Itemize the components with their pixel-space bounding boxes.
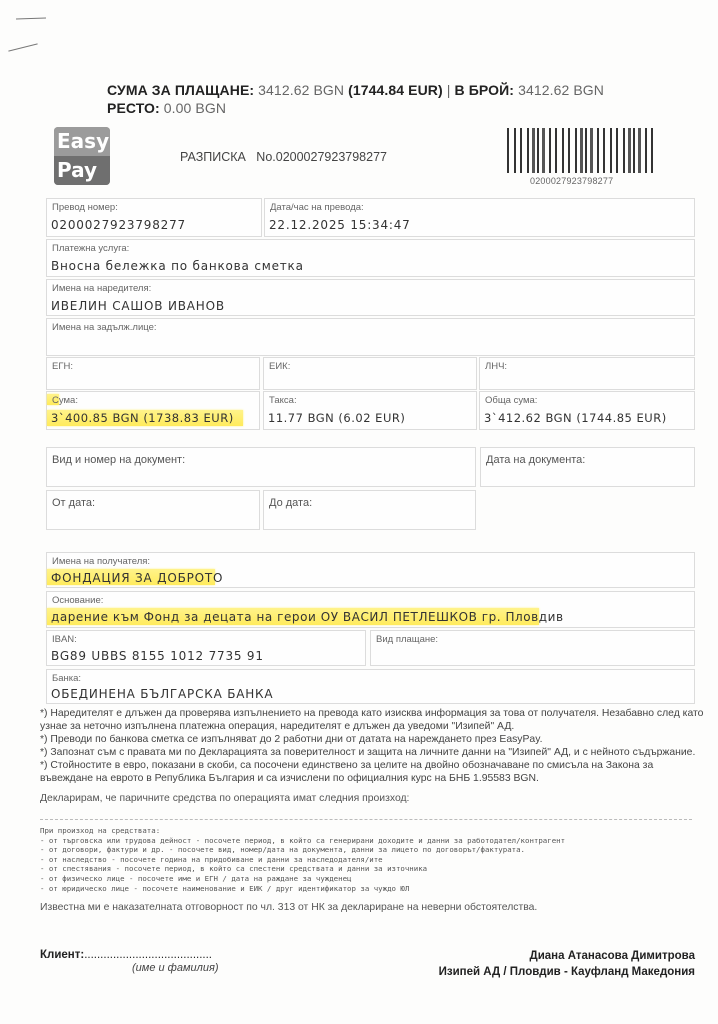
origin-title: При произход на средствата:: [40, 826, 565, 836]
receipt-label: РАЗПИСКА: [180, 150, 246, 164]
field-label: Такса:: [269, 395, 297, 406]
client-label: Клиент:: [40, 949, 84, 961]
receipt-number-value: No.0200027923798277: [256, 150, 387, 164]
field-label: Превод номер:: [52, 202, 118, 213]
field-iban: IBAN: BG89 UBBS 8155 1012 7735 91: [46, 630, 366, 666]
change-value: 0.00 BGN: [164, 100, 226, 116]
field-value: 3`400.85 BGN (1738.83 EUR): [51, 411, 234, 425]
field-egn: ЕГН:: [46, 357, 260, 390]
field-label: Имена на наредителя:: [52, 283, 151, 294]
cash-label: В БРОЙ:: [455, 82, 515, 98]
origin-input-line[interactable]: [40, 819, 692, 820]
field-lnch: ЛНЧ:: [479, 357, 695, 390]
field-label: Имена на задълж.лице:: [52, 322, 157, 333]
field-service: Платежна услуга: Вносна бележка по банко…: [46, 239, 695, 277]
field-label: ЛНЧ:: [485, 361, 507, 372]
receipt-number: РАЗПИСКА No.0200027923798277: [180, 150, 387, 164]
origin-item: - от спестявания - посочете период, в ко…: [40, 864, 565, 874]
field-label: Вид плащане:: [376, 634, 438, 645]
payment-summary: СУМА ЗА ПЛАЩАНЕ: 3412.62 BGN (1744.84 EU…: [107, 82, 604, 98]
field-datetime: Дата/час на превода: 22.12.2025 15:34:47: [264, 198, 695, 237]
field-label: Обща сума:: [485, 395, 537, 406]
barcode-icon: [505, 128, 655, 173]
field-doc-type: Вид и номер на документ:: [46, 447, 476, 487]
field-payment-type: Вид плащане:: [370, 630, 695, 666]
field-value: ФОНДАЦИЯ ЗА ДОБРОТО: [51, 571, 223, 585]
field-total: Обща сума: 3`412.62 BGN (1744.85 EUR): [479, 391, 695, 430]
change-label: РЕСТО:: [107, 100, 160, 116]
note: *) Наредителят е длъжен да проверява изп…: [40, 707, 705, 733]
field-value: 22.12.2025 15:34:47: [269, 218, 411, 232]
client-name-hint: (име и фамилия): [132, 962, 219, 974]
amount-bgn: 3412.62 BGN: [258, 82, 344, 98]
field-label: Основание:: [52, 595, 103, 606]
field-obliged: Имена на задълж.лице:: [46, 318, 695, 356]
note: *) Преводи по банкова сметка се изпълняв…: [40, 733, 705, 746]
operator-name: Диана Атанасова Димитрова: [439, 948, 695, 964]
field-label: ЕГН:: [52, 361, 73, 372]
client-signature-line[interactable]: ........................................: [84, 949, 212, 961]
field-label: Дата на документа:: [486, 454, 585, 466]
field-transfer-no: Превод номер: 0200027923798277: [46, 198, 262, 237]
field-label: IBAN:: [52, 634, 77, 645]
field-value: 11.77 BGN (6.02 EUR): [268, 411, 405, 425]
field-label: Имена на получателя:: [52, 556, 150, 567]
field-label: От дата:: [52, 497, 95, 509]
operator-office: Изипей АД / Пловдив - Кауфланд Македония: [439, 964, 695, 980]
field-value: Вносна бележка по банкова сметка: [51, 259, 304, 273]
field-value: ИВЕЛИН САШОВ ИВАНОВ: [51, 299, 225, 313]
field-value: BG89 UBBS 8155 1012 7735 91: [51, 649, 264, 663]
field-payer: Имена на наредителя: ИВЕЛИН САШОВ ИВАНОВ: [46, 279, 695, 316]
field-label: Сума:: [52, 395, 78, 406]
field-eik: ЕИК:: [263, 357, 477, 390]
change-summary: РЕСТО: 0.00 BGN: [107, 100, 226, 116]
note: *) Запознат съм с правата ми по Декларац…: [40, 746, 705, 785]
separator: |: [447, 82, 451, 98]
field-bank: Банка: ОБЕДИНЕНА БЪЛГАРСКА БАНКА: [46, 669, 695, 704]
field-label: Вид и номер на документ:: [52, 454, 185, 466]
field-label: Дата/час на превода:: [270, 202, 364, 213]
origin-item: - от юридическо лице - посочете наименов…: [40, 884, 565, 894]
field-from-date: От дата:: [46, 490, 260, 530]
origin-item: - от договори, фактури и др. - посочете …: [40, 845, 565, 855]
field-label: ЕИК:: [269, 361, 290, 372]
declaration-text: Декларирам, че паричните средства по опе…: [40, 793, 409, 804]
field-amount: Сума: 3`400.85 BGN (1738.83 EUR): [46, 391, 260, 430]
field-to-date: До дата:: [263, 490, 476, 530]
cash-value: 3412.62 BGN: [518, 82, 604, 98]
field-value: 3`412.62 BGN (1744.85 EUR): [484, 411, 667, 425]
barcode-number: 0200027923798277: [530, 176, 613, 186]
origin-item: - от физическо лице - посочете име и ЕГН…: [40, 874, 565, 884]
origin-item: - от търговска или трудова дейност - пос…: [40, 836, 565, 846]
field-label: До дата:: [269, 497, 312, 509]
pen-mark: [16, 17, 46, 19]
client-signature: Клиент:.................................…: [40, 949, 212, 961]
origin-instructions: При произход на средствата:- от търговск…: [40, 826, 565, 893]
field-recipient: Имена на получателя: ФОНДАЦИЯ ЗА ДОБРОТО: [46, 552, 695, 588]
field-label: Банка:: [52, 673, 81, 684]
origin-item: - от наследство - посочете година на при…: [40, 855, 565, 865]
field-fee: Такса: 11.77 BGN (6.02 EUR): [263, 391, 477, 430]
easypay-logo-icon: Easy Pay: [54, 127, 110, 185]
logo-line1: Easy: [54, 127, 110, 156]
responsibility-text: Известна ми е наказателната отговорност …: [40, 902, 537, 913]
operator-signature: Диана Атанасова Димитрова Изипей АД / Пл…: [439, 948, 695, 980]
logo-line2: Pay: [54, 156, 110, 185]
field-doc-date: Дата на документа:: [480, 447, 695, 487]
notes: *) Наредителят е длъжен да проверява изп…: [40, 707, 705, 785]
field-value: дарение към Фонд за децата на герои ОУ В…: [51, 610, 564, 624]
pen-mark: [8, 43, 37, 51]
amount-eur: (1744.84 EUR): [348, 82, 443, 98]
amount-label: СУМА ЗА ПЛАЩАНЕ:: [107, 82, 254, 98]
field-reason: Основание: дарение към Фонд за децата на…: [46, 591, 695, 628]
field-value: 0200027923798277: [51, 218, 186, 232]
field-value: ОБЕДИНЕНА БЪЛГАРСКА БАНКА: [51, 687, 273, 701]
field-label: Платежна услуга:: [52, 243, 129, 254]
